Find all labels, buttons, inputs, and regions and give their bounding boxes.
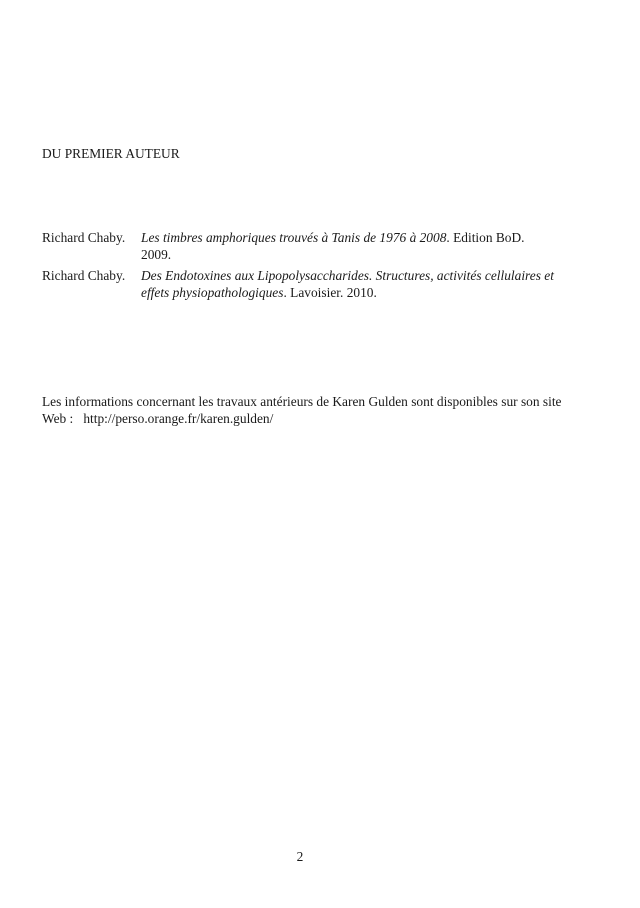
bib-author: Richard Chaby. xyxy=(42,267,125,284)
bib-year: 2009. xyxy=(141,247,171,262)
bib-year: 2010. xyxy=(343,285,376,300)
page-number: 2 xyxy=(0,849,600,865)
bib-publisher: Lavoisier. xyxy=(287,285,344,300)
bib-reference: Des Endotoxines aux Lipopolysaccharides.… xyxy=(141,267,581,301)
bib-title: Les timbres amphoriques trouvés à Tanis … xyxy=(141,230,446,245)
info-paragraph: Les informations concernant les travaux … xyxy=(42,393,572,427)
website-link[interactable]: http://perso.orange.fr/karen.gulden/ xyxy=(83,411,273,426)
bib-publisher: Edition BoD. xyxy=(450,230,525,245)
bib-author: Richard Chaby. xyxy=(42,229,125,246)
bib-reference: Les timbres amphoriques trouvés à Tanis … xyxy=(141,229,581,263)
section-title: DU PREMIER AUTEUR xyxy=(42,146,180,162)
